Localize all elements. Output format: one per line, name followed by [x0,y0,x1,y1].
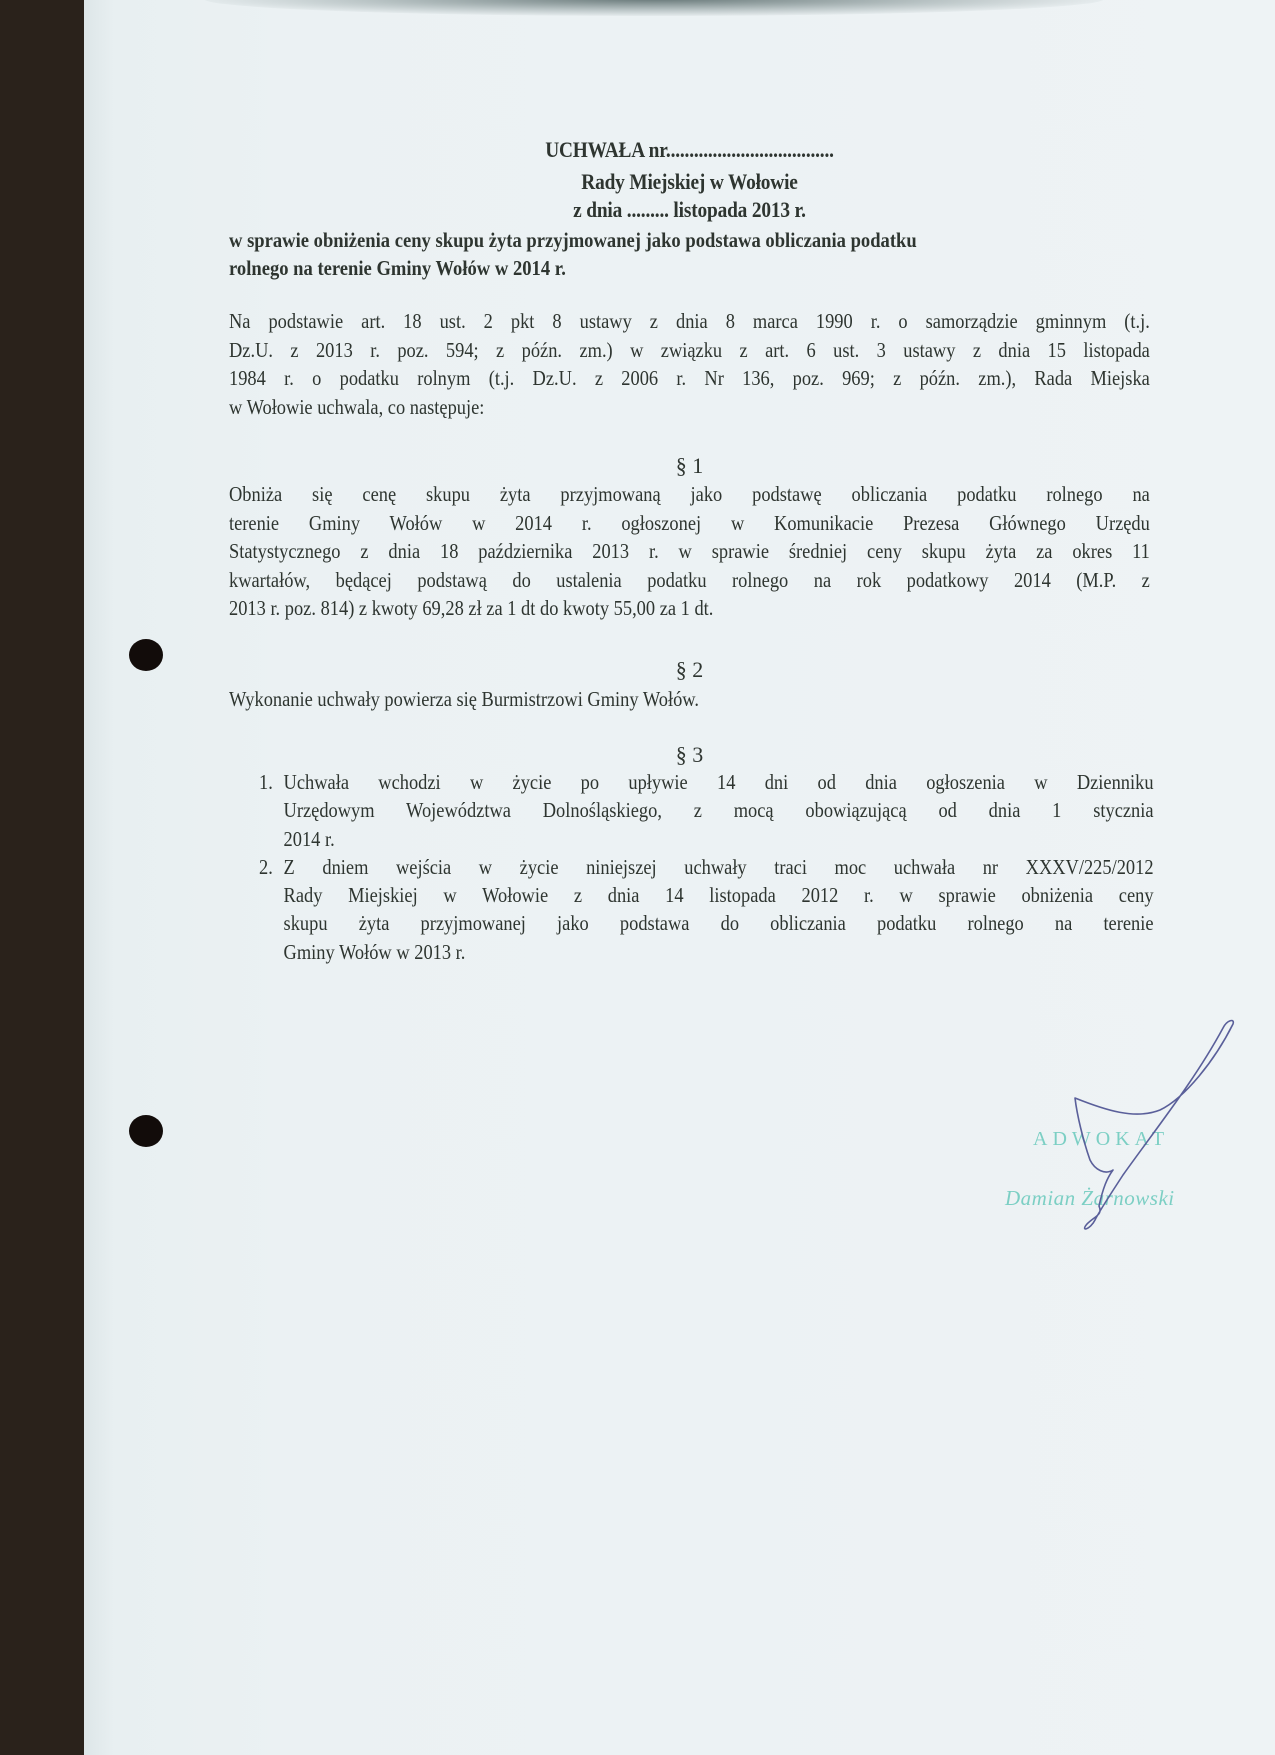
resolution-subject: w sprawie obniżenia ceny skupu żyta przy… [229,226,1149,282]
council-name: Rady Miejskiej w Wołowie [284,169,1094,195]
text-line: kwartałów, będącej podstawą do ustalenia… [229,566,1150,595]
text-line: Wykonanie uchwały powierza się Burmistrz… [229,685,1150,714]
section-heading-2: § 2 [229,657,1150,683]
section-1-text: Obniża się cenę skupu żyta przyjmowaną j… [229,480,1150,623]
subject-line: rolnego na terenie Gminy Wołów w 2014 r. [229,254,1149,282]
section-heading-3: § 3 [229,742,1150,768]
text-line: Rady Miejskiej w Wołowie z dnia 14 listo… [284,881,1154,909]
text-line: Urzędowym Województwa Dolnośląskiego, z … [284,796,1154,824]
scan-shadow [204,0,1104,16]
punch-hole [129,1115,163,1147]
resolution-date: z dnia ......... listopada 2013 r. [284,197,1094,223]
list-item: 1. Uchwała wchodzi w życie po upływie 14… [259,768,1154,853]
section-heading-1: § 1 [229,453,1150,479]
text-line: Statystycznego z dnia 18 października 20… [229,537,1150,566]
attorney-stamp: ADWOKAT Damian Żarnowski [995,1010,1235,1250]
text-line: 2013 r. poz. 814) z kwoty 69,28 zł za 1 … [229,594,1150,623]
section-2-text: Wykonanie uchwały powierza się Burmistrz… [229,685,1150,714]
list-item-number: 1. [259,768,273,796]
handwritten-signature-icon [995,1010,1235,1250]
text-line: Obniża się cenę skupu żyta przyjmowaną j… [229,480,1150,509]
resolution-number: UCHWAŁA nr..............................… [284,137,1094,163]
text-line: Dz.U. z 2013 r. poz. 594; z późn. zm.) w… [229,336,1150,365]
text-line: 1984 r. o podatku rolnym (t.j. Dz.U. z 2… [229,364,1150,393]
scan-binding-edge [0,0,84,1755]
text-line: Uchwała wchodzi w życie po upływie 14 dn… [284,768,1154,796]
section-3-list: 1. Uchwała wchodzi w życie po upływie 14… [259,768,1154,966]
text-line: 2014 r. [284,825,1154,853]
list-item: 2. Z dniem wejścia w życie niniejszej uc… [259,853,1154,966]
legal-basis-paragraph: Na podstawie art. 18 ust. 2 pkt 8 ustawy… [229,307,1150,421]
subject-line: w sprawie obniżenia ceny skupu żyta przy… [229,226,1149,254]
text-line: terenie Gminy Wołów w 2014 r. ogłoszonej… [229,509,1150,538]
text-line: Z dniem wejścia w życie niniejszej uchwa… [284,853,1154,881]
text-line: Gminy Wołów w 2013 r. [284,938,1154,966]
punch-hole [129,639,163,671]
text-line: w Wołowie uchwala, co następuje: [229,393,1150,422]
list-item-number: 2. [259,853,273,881]
text-line: skupu żyta przyjmowanej jako podstawa do… [284,909,1154,937]
text-line: Na podstawie art. 18 ust. 2 pkt 8 ustawy… [229,307,1150,336]
